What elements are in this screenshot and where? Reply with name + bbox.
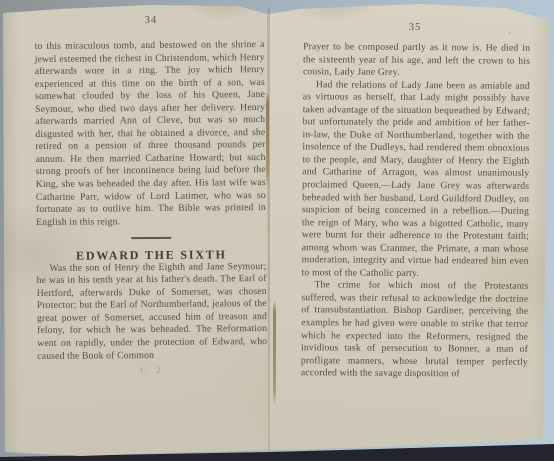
printer-signature-mark: C 2: [37, 363, 267, 378]
continuation-paragraph: to this miraculous tomb, and bestowed on…: [35, 39, 267, 229]
right-page-text: Prayer to be composed partly as it now i…: [301, 41, 530, 381]
left-page-text: to this miraculous tomb, and bestowed on…: [35, 39, 268, 378]
page-number-left: 34: [36, 14, 266, 27]
body-paragraph: Had the relations of Lady Jane been as a…: [302, 79, 530, 281]
section-divider: [131, 237, 171, 239]
section-paragraph: Was the son of Henry the Eighth and Jane…: [36, 261, 267, 363]
open-book-photo: 34 35 to this miraculous tomb, and besto…: [0, 0, 554, 461]
binding-stitch-top: [266, 92, 269, 187]
page-number-right: 35: [302, 21, 528, 34]
book-gutter: [268, 8, 270, 452]
continuation-paragraph: Prayer to be composed partly as it now i…: [303, 41, 530, 80]
body-paragraph: The crime for which most of the Protesta…: [301, 280, 529, 382]
binding-stitch-bottom: [273, 300, 276, 405]
